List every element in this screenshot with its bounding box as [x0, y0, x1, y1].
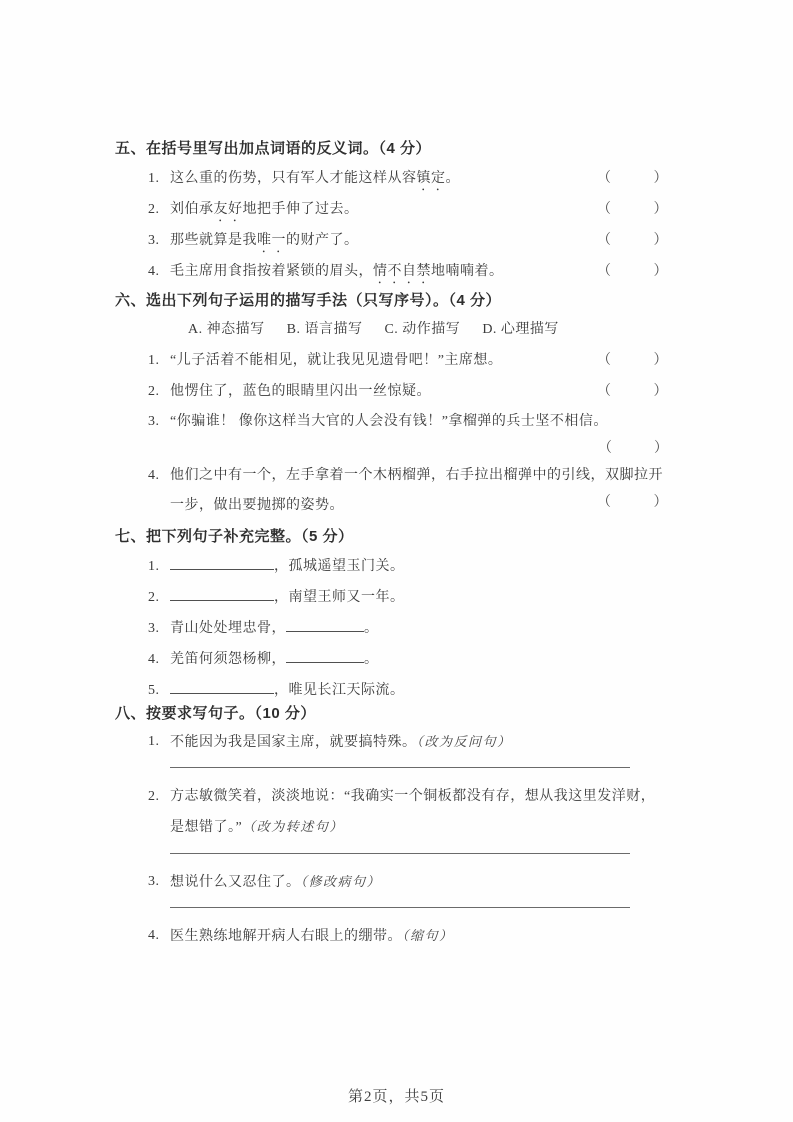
question-number: 4. [148, 461, 160, 491]
question-item: 4. 羌笛何须怨杨柳，。 [148, 644, 668, 675]
section-7-heading: 七、把下列句子补充完整。（5 分） [115, 523, 668, 551]
section-7: 七、把下列句子补充完整。（5 分） 1. ，孤城遥望玉门关。 2. ，南望王师又… [115, 523, 668, 706]
option-c: C. 动作描写 [384, 315, 460, 345]
answer-bracket: （） [597, 488, 668, 518]
section-6-heading: 六、选出下列句子运用的描写手法（只写序号）。（4 分） [115, 287, 668, 315]
question-number: 1. [148, 551, 170, 582]
answer-line [170, 757, 630, 768]
question-text: 毛主席用食指按着紧锁的眉头，情不自禁地喃喃着。 [170, 256, 504, 287]
question-number: 3. [148, 407, 160, 437]
question-number: 3. [148, 868, 170, 897]
question-number: 1. [148, 163, 170, 194]
question-item: 2. ，南望王师又一年。 [148, 582, 668, 613]
question-text: 青山处处埋忠骨，。 [170, 613, 379, 644]
question-item: 1. 这么重的伤势，只有军人才能这样从容镇定。 （） [148, 163, 668, 194]
section-5-items: 1. 这么重的伤势，只有军人才能这样从容镇定。 （） 2. 刘伯承友好地把手伸了… [148, 163, 668, 287]
option-list: A. 神态描写 B. 语言描写 C. 动作描写 D. 心理描写 [188, 315, 668, 345]
exam-content: 五、在括号里写出加点词语的反义词。（4 分） 1. 这么重的伤势，只有军人才能这… [115, 135, 668, 951]
answer-line [170, 897, 630, 908]
question-item: 3. 青山处处埋忠骨，。 [148, 613, 668, 644]
question-text: 医生熟练地解开病人右眼上的绷带。（缩句） [170, 922, 454, 951]
section-5: 五、在括号里写出加点词语的反义词。（4 分） 1. 这么重的伤势，只有军人才能这… [115, 135, 668, 287]
section-5-heading: 五、在括号里写出加点词语的反义词。（4 分） [115, 135, 668, 163]
question-item: 4.他们之中有一个，左手拿着一个木柄榴弹，右手拉出榴弹中的引线，双脚拉开一步，做… [148, 461, 668, 521]
question-text: “你骗谁！ 像你这样当大官的人会没有钱！”拿榴弹的兵士坚不相信。 [170, 414, 608, 429]
emphasized-word: 镇定 [417, 171, 446, 186]
answer-bracket: （） [597, 163, 668, 194]
fill-in-blank [286, 617, 364, 632]
question-number: 4. [148, 644, 170, 675]
question-number: 1. [148, 728, 170, 757]
emphasized-word: 友好 [214, 202, 243, 217]
fill-in-blank [170, 586, 274, 601]
question-item: 3.“你骗谁！ 像你这样当大官的人会没有钱！”拿榴弹的兵士坚不相信。 [148, 407, 668, 437]
question-text: 那些就算是我唯一的财产了。 [170, 225, 359, 256]
rewrite-instruction: （改为转述句） [242, 819, 344, 834]
question-number: 4. [148, 922, 170, 951]
section-7-items: 1. ，孤城遥望玉门关。 2. ，南望王师又一年。 3. 青山处处埋忠骨，。 4… [148, 551, 668, 706]
question-number: 2. [148, 582, 170, 613]
question-text: ，孤城遥望玉门关。 [170, 551, 405, 582]
question-number: 3. [148, 225, 170, 256]
section-8: 八、按要求写句子。（10 分） 1. 不能因为我是国家主席，就要搞特殊。（改为反… [115, 700, 668, 951]
option-a: A. 神态描写 [188, 315, 265, 345]
answer-bracket: （） [597, 194, 668, 225]
question-item: 1. “儿子活着不能相见，就让我见见遗骨吧！”主席想。 （） [148, 345, 668, 376]
section-6: 六、选出下列句子运用的描写手法（只写序号）。（4 分） A. 神态描写 B. 语… [115, 287, 668, 521]
rewrite-instruction: （修改病句） [301, 874, 382, 889]
fill-in-blank [286, 648, 364, 663]
answer-bracket: （） [597, 225, 668, 256]
section-8-items: 1. 不能因为我是国家主席，就要搞特殊。（改为反问句） 2.方志敏微笑着，淡淡地… [148, 728, 668, 951]
question-text: 他愣住了，蓝色的眼睛里闪出一丝惊疑。 [170, 376, 431, 407]
answer-bracket: （） [597, 376, 668, 407]
answer-bracket: （） [597, 256, 668, 287]
option-d: D. 心理描写 [482, 315, 559, 345]
question-text: 他们之中有一个，左手拿着一个木柄榴弹，右手拉出榴弹中的引线，双脚拉开一步，做出要… [170, 468, 663, 513]
question-number: 2. [148, 782, 160, 812]
question-text: 这么重的伤势，只有军人才能这样从容镇定。 [170, 163, 460, 194]
question-number: 2. [148, 194, 170, 225]
question-text: “儿子活着不能相见，就让我见见遗骨吧！”主席想。 [170, 345, 502, 376]
answer-line [170, 843, 630, 854]
fill-in-blank [170, 555, 274, 570]
question-text: 想说什么又忍住了。（修改病句） [170, 868, 381, 897]
exam-page: 五、在括号里写出加点词语的反义词。（4 分） 1. 这么重的伤势，只有军人才能这… [0, 0, 793, 1122]
question-item: 4. 毛主席用食指按着紧锁的眉头，情不自禁地喃喃着。 （） [148, 256, 668, 287]
question-number: 4. [148, 256, 170, 287]
question-item: 1. ，孤城遥望玉门关。 [148, 551, 668, 582]
question-number: 3. [148, 613, 170, 644]
question-item: 4. 医生熟练地解开病人右眼上的绷带。（缩句） [148, 922, 668, 951]
question-item: 1. 不能因为我是国家主席，就要搞特殊。（改为反问句） [148, 728, 668, 757]
option-b: B. 语言描写 [287, 315, 363, 345]
section-6-items: A. 神态描写 B. 语言描写 C. 动作描写 D. 心理描写 1. “儿子活着… [148, 315, 668, 521]
question-number: 1. [148, 345, 170, 376]
question-text: ，南望王师又一年。 [170, 582, 405, 613]
question-item: 3. 那些就算是我唯一的财产了。 （） [148, 225, 668, 256]
page-number: 第2页，共5页 [0, 1085, 793, 1106]
answer-bracket-row: （） [148, 437, 668, 461]
emphasized-word: 唯一 [257, 233, 286, 248]
answer-bracket: （） [597, 345, 668, 376]
question-item: 2. 他愣住了，蓝色的眼睛里闪出一丝惊疑。 （） [148, 376, 668, 407]
question-item: 3. 想说什么又忍住了。（修改病句） [148, 868, 668, 897]
rewrite-instruction: （改为反问句） [417, 734, 512, 749]
answer-bracket: （） [598, 437, 668, 461]
question-item: 2.方志敏微笑着，淡淡地说：“我确实一个铜板都没有存，想从我这里发洋财，是想错了… [148, 782, 668, 843]
rewrite-instruction: （缩句） [402, 928, 454, 943]
question-text: 不能因为我是国家主席，就要搞特殊。（改为反问句） [170, 728, 512, 757]
question-number: 2. [148, 376, 170, 407]
question-item: 2. 刘伯承友好地把手伸了过去。 （） [148, 194, 668, 225]
question-text: 羌笛何须怨杨柳，。 [170, 644, 379, 675]
fill-in-blank [170, 679, 274, 694]
question-text: 刘伯承友好地把手伸了过去。 [170, 194, 359, 225]
emphasized-word: 情不自禁 [373, 264, 431, 279]
